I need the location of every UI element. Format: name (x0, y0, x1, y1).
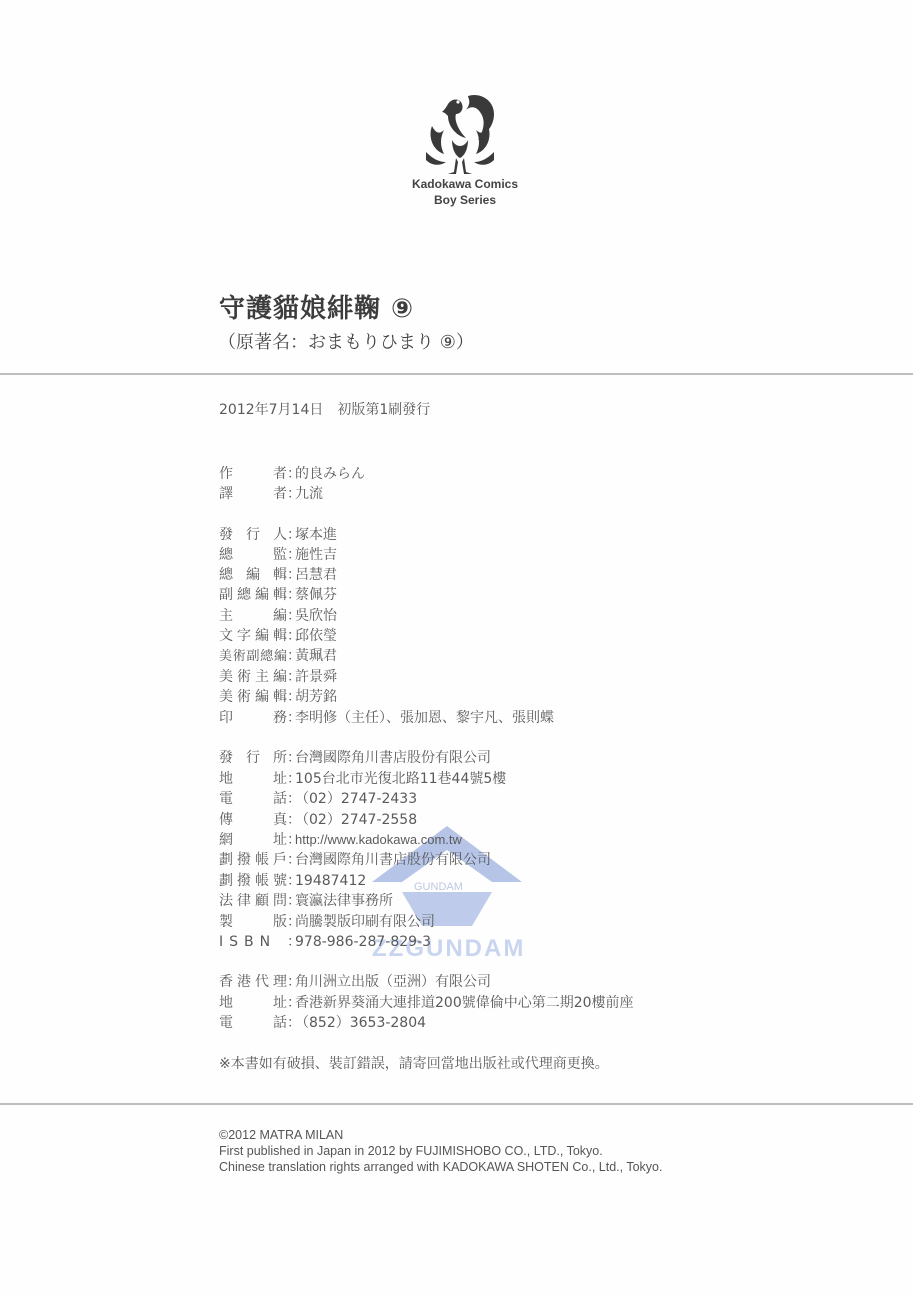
original-title: （原著名：おまもりひまり ⑨） (218, 328, 474, 354)
book-title: 守護貓娘緋鞠 ⑨ (219, 288, 414, 325)
publisher-row: 地址：105台北市光復北路11巷44號5樓 (219, 770, 506, 788)
website-link[interactable]: http://www.kadokawa.com.tw (295, 832, 462, 847)
staff-row: 美術編輯：胡芳銘 (219, 688, 337, 706)
publisher-row: 電話：（02）2747-2433 (219, 790, 417, 808)
publisher-row: 製版：尚騰製版印刷有限公司 (219, 913, 435, 931)
hk-row: 香港代理：角川洲立出版（亞洲）有限公司 (219, 973, 491, 991)
staff-row: 美術副總編：黃珮君 (219, 647, 337, 666)
staff-row: 美術主編：許景舜 (219, 668, 337, 686)
publisher-row: 劃撥帳號：19487412 (219, 872, 366, 890)
publisher-row: 傳真：（02）2747-2558 (219, 811, 417, 829)
publisher-row: ISBN：978-986-287-829-3 (219, 933, 431, 951)
copyright-line: ©2012 MATRA MILAN (219, 1128, 343, 1142)
divider-bottom (0, 1103, 913, 1105)
staff-row: 印務：李明修（主任）、張加恩、黎宇凡、張則蝶 (219, 709, 554, 727)
imprint-series: Boy Series (380, 193, 550, 207)
imprint-name: Kadokawa Comics (380, 177, 550, 191)
divider-top (0, 373, 913, 375)
copyright-line: Chinese translation rights arranged with… (219, 1160, 662, 1174)
edition-date: 2012年7月14日 初版第1刷發行 (219, 401, 430, 419)
phoenix-emblem-icon (418, 90, 502, 182)
replacement-notice: ※本書如有破損、裝訂錯誤，請寄回當地出版社或代理商更換。 (219, 1055, 609, 1073)
copyright-line: First published in Japan in 2012 by FUJI… (219, 1144, 603, 1158)
hk-row: 地址：香港新界葵涌大連排道200號偉倫中心第二期20樓前座 (219, 994, 634, 1012)
credit-row: 作者：的良みらん (219, 465, 365, 483)
hk-row: 電話：（852）3653-2804 (219, 1014, 426, 1032)
staff-row: 主編：吳欣怡 (219, 607, 337, 625)
staff-row: 文字編輯：邱依瑩 (219, 627, 337, 645)
staff-row: 總編輯：呂慧君 (219, 566, 337, 584)
credit-row: 譯者：九流 (219, 485, 323, 503)
publisher-row: 法律顧問：寰瀛法律事務所 (219, 892, 393, 910)
staff-row: 發行人：塚本進 (219, 526, 337, 544)
svg-text:GUNDAM: GUNDAM (414, 881, 463, 893)
staff-row: 副總編輯：蔡佩芬 (219, 586, 337, 604)
publisher-row: 網址：http://www.kadokawa.com.tw (219, 831, 462, 849)
publisher-row: 劃撥帳戶：台灣國際角川書店股份有限公司 (219, 851, 491, 869)
staff-row: 總監：施性吉 (219, 546, 337, 564)
publisher-row: 發行所：台灣國際角川書店股份有限公司 (219, 749, 491, 767)
